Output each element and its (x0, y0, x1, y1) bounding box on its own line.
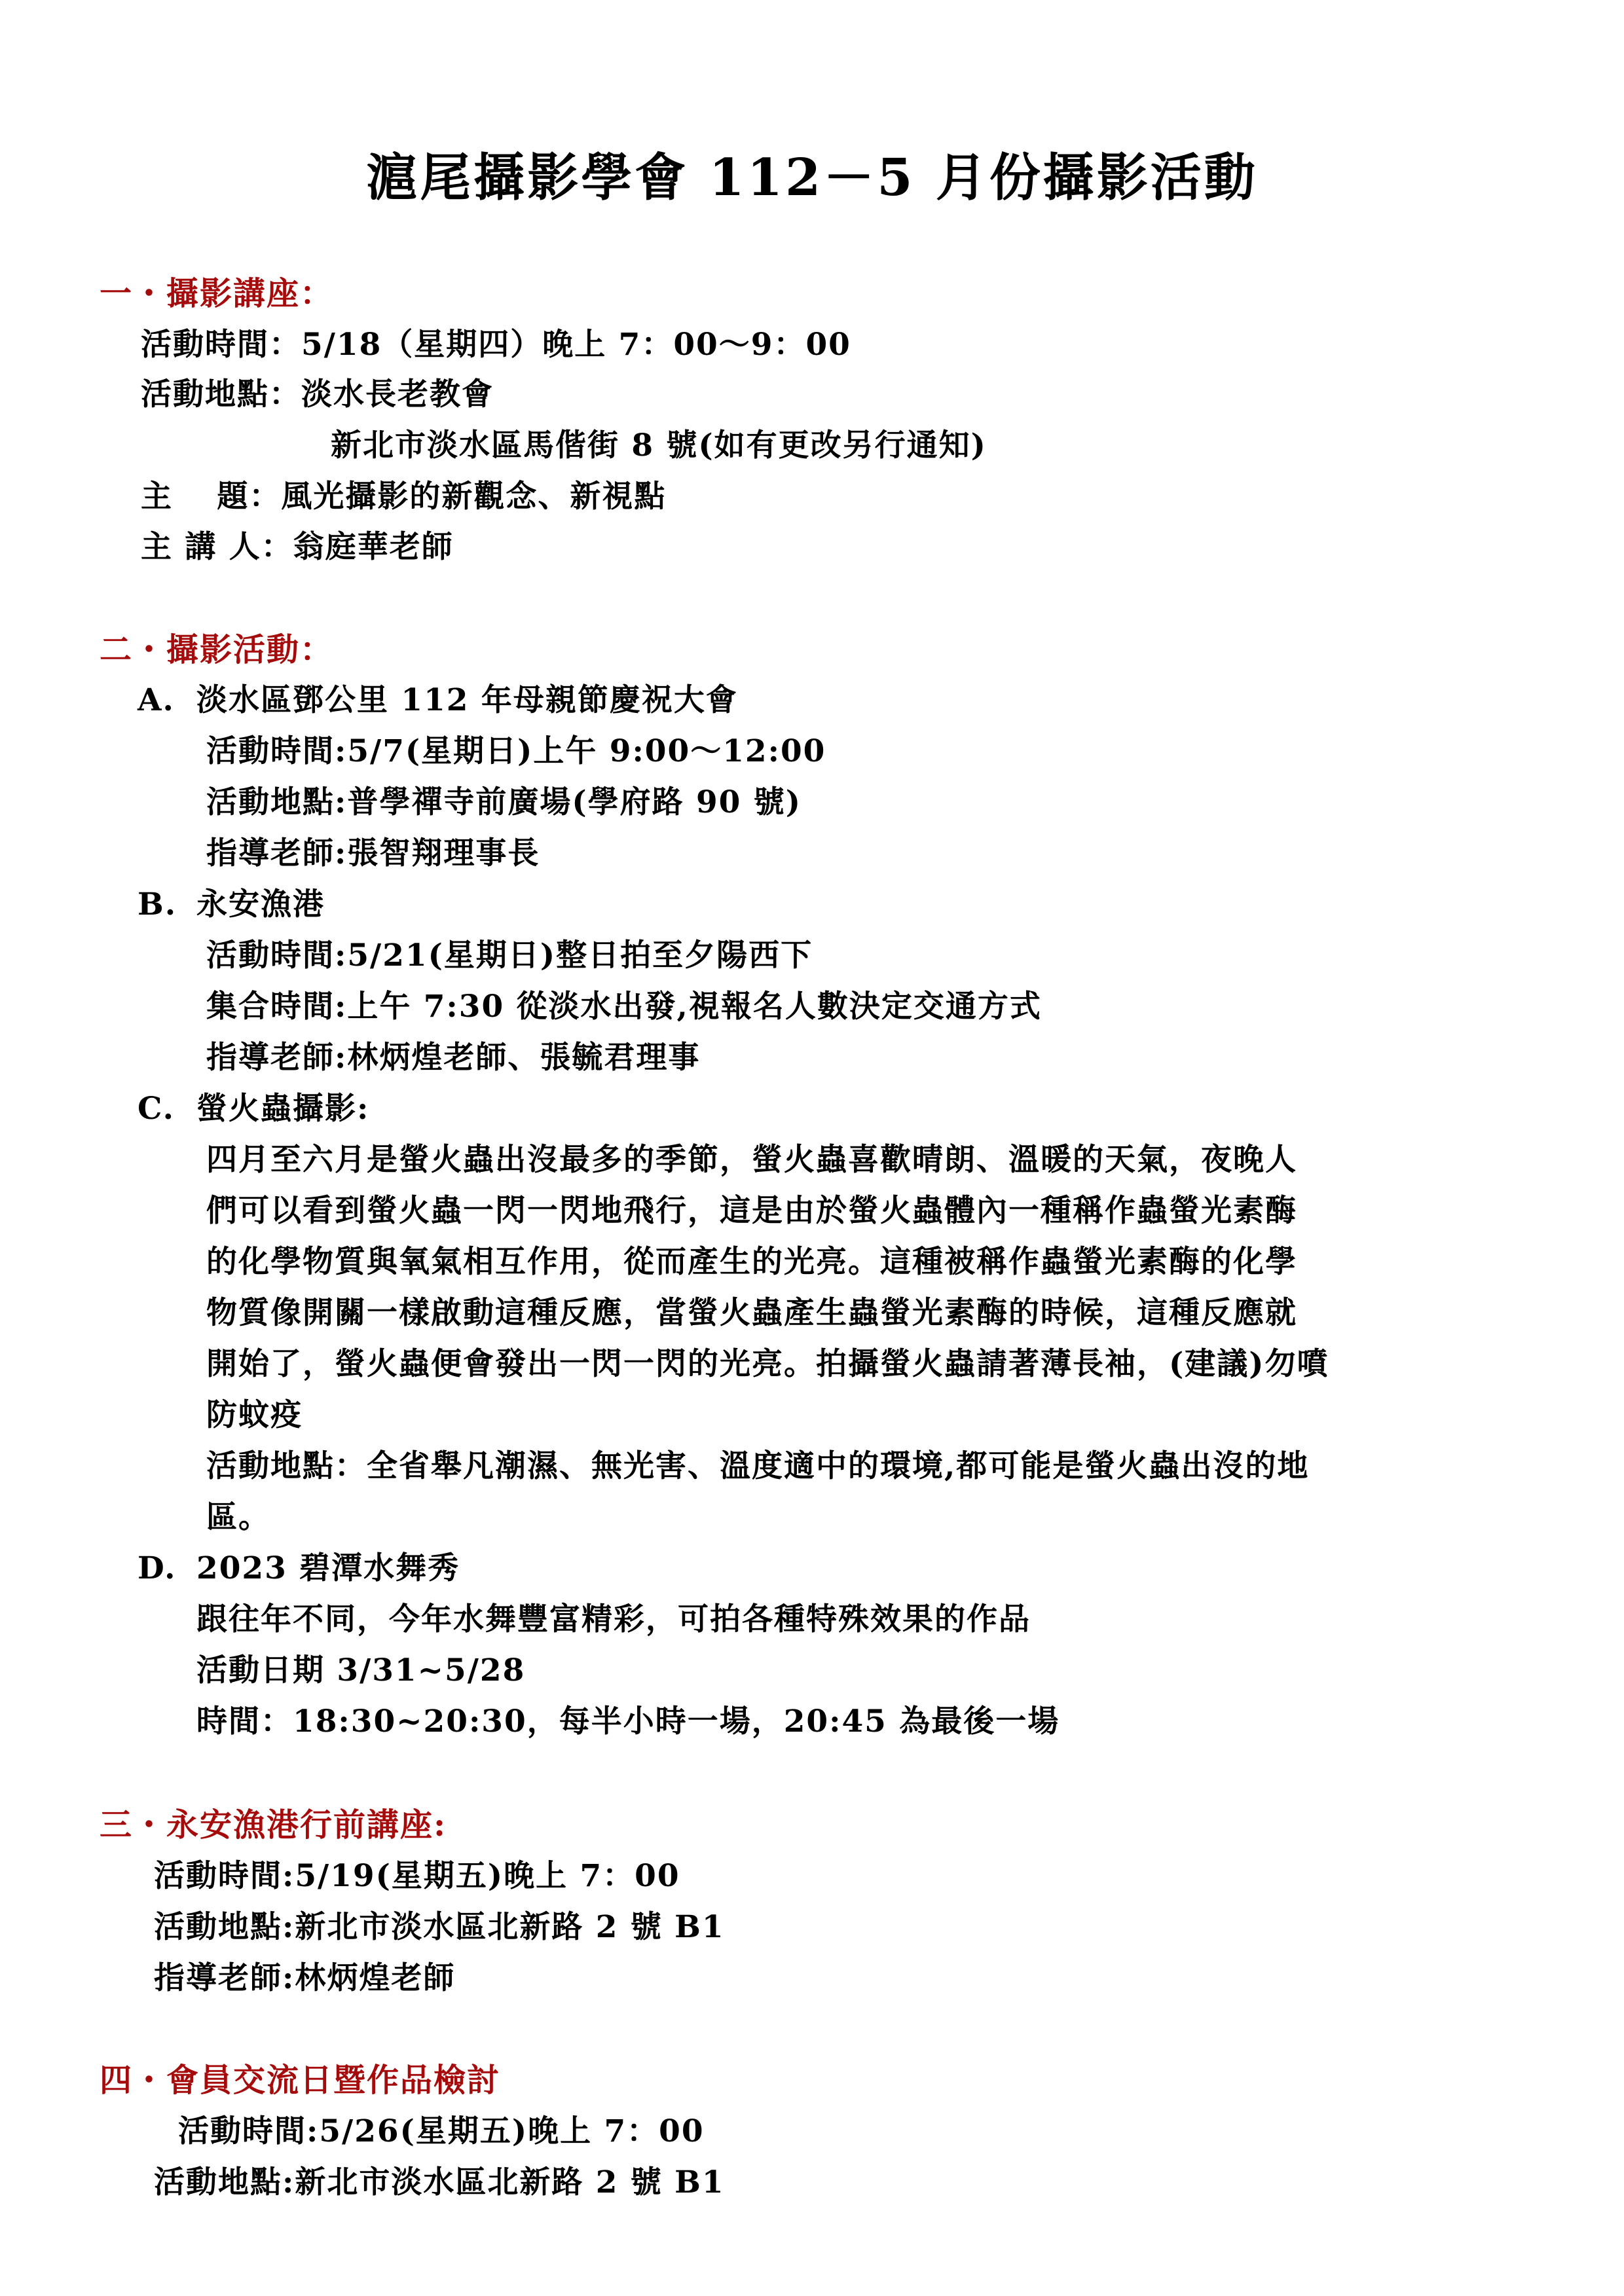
item-a-instructor: 指導老師:張智翔理事長 (206, 834, 540, 873)
item-a-location: 活動地點:普學禪寺前廣場(學府路 90 號) (206, 783, 802, 822)
lecture-topic: 主 題：風光攝影的新觀念、新視點 (141, 477, 666, 517)
item-c-title: 螢火蟲攝影: (196, 1089, 369, 1129)
item-c-paragraph-line: 物質像開關一樣啟動這種反應，當螢火蟲產生蟲螢光素酶的時候，這種反應就 (206, 1294, 1297, 1333)
member-exchange-time: 活動時間:5/26(星期五)晚上 7：00 (178, 2112, 705, 2151)
section-heading-pre-trip-lecture: 三・永安漁港行前講座: (100, 1805, 447, 1844)
section-heading-activities: 二・攝影活動： (100, 630, 333, 669)
item-b-time: 活動時間:5/21(星期日)整日拍至夕陽西下 (206, 936, 813, 975)
pre-trip-instructor: 指導老師:林炳煌老師 (154, 1959, 455, 1998)
lecture-location: 活動地點：淡水長老教會 (141, 375, 494, 414)
lecture-speaker: 主 講 人：翁庭華老師 (141, 528, 454, 567)
item-c-paragraph-line: 四月至六月是螢火蟲出沒最多的季節，螢火蟲喜歡晴朗、溫暖的天氣，夜晚人 (206, 1140, 1297, 1180)
pre-trip-location: 活動地點:新北市淡水區北新路 2 號 B1 (154, 1908, 725, 1947)
lecture-address: 新北市淡水區馬偕街 8 號(如有更改另行通知) (331, 426, 987, 465)
item-c-marker: C. (138, 1089, 175, 1129)
item-a-time: 活動時間:5/7(星期日)上午 9:00～12:00 (206, 732, 826, 771)
item-b-meeting-time: 集合時間:上午 7:30 從淡水出發,視報名人數決定交通方式 (206, 987, 1042, 1027)
item-d-title: 2023 碧潭水舞秀 (196, 1549, 460, 1588)
item-c-paragraph-line: 開始了，螢火蟲便會發出一閃一閃的光亮。拍攝螢火蟲請著薄長袖，(建議)勿噴 (206, 1345, 1329, 1384)
pre-trip-time: 活動時間:5/19(星期五)晚上 7：00 (154, 1857, 680, 1896)
item-d-dates: 活動日期 3/31~5/28 (196, 1651, 525, 1690)
item-d-times: 時間：18:30~20:30，每半小時一場，20:45 為最後一場 (196, 1702, 1060, 1741)
section-heading-member-exchange: 四・會員交流日暨作品檢討 (100, 2060, 500, 2100)
item-d-marker: D. (138, 1549, 176, 1588)
item-c-paragraph-line: 防蚊疫 (206, 1396, 303, 1435)
item-b-instructor: 指導老師:林炳煌老師、張毓君理事 (206, 1038, 700, 1078)
item-c-location-cont: 區。 (206, 1498, 270, 1537)
item-c-paragraph-line: 們可以看到螢火蟲一閃一閃地飛行，這是由於螢火蟲體內一種稱作蟲螢光素酶 (206, 1192, 1297, 1231)
item-c-location: 活動地點：全省舉凡潮濕、無光害、溫度適中的環境,都可能是螢火蟲出沒的地 (206, 1447, 1309, 1486)
page-title: 滬尾攝影學會 112－5 月份攝影活動 (0, 145, 1624, 211)
item-a-title: 淡水區鄧公里 112 年母親節慶祝大會 (196, 681, 738, 720)
member-exchange-location: 活動地點:新北市淡水區北新路 2 號 B1 (154, 2163, 725, 2202)
item-c-paragraph-line: 的化學物質與氧氣相互作用，從而產生的光亮。這種被稱作蟲螢光素酶的化學 (206, 1243, 1297, 1282)
item-b-marker: B. (138, 885, 177, 924)
item-d-description: 跟往年不同，今年水舞豐富精彩，可拍各種特殊效果的作品 (196, 1600, 1031, 1639)
lecture-time: 活動時間：5/18（星期四）晚上 7：00～9：00 (141, 325, 851, 365)
item-a-marker: A. (138, 681, 175, 720)
item-b-title: 永安漁港 (196, 885, 325, 924)
section-heading-lecture: 一・攝影講座： (100, 274, 333, 313)
